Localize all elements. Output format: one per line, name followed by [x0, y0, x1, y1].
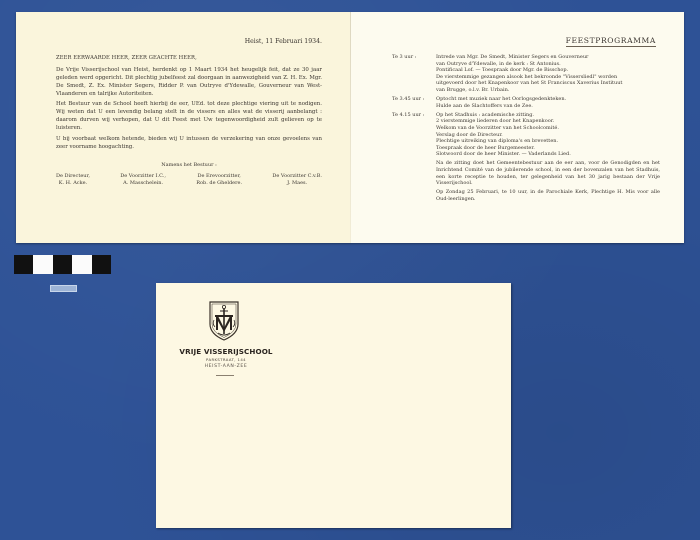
- signatory-name: A. Masschelein.: [120, 180, 166, 188]
- invitation-card: Heist, 11 Februari 1934. ZEER EERWAARDE …: [16, 12, 684, 243]
- program-item: Te 3 uur :Intrede van Mgr. De Smedt, Min…: [392, 54, 660, 94]
- program-line: Optocht met muziek naar het Oorlogsgeden…: [436, 96, 566, 103]
- invitation-letter: Heist, 11 Februari 1934. ZEER EERWAARDE …: [56, 38, 322, 188]
- program-time: Te 3.45 uur :: [392, 96, 436, 109]
- signatory-name: K. H. Acke.: [56, 180, 90, 188]
- letter-paragraph: U bij voorbaat welkom hetende, bieden wi…: [56, 136, 322, 152]
- program-line: Hulde aan de Slachtoffers van de Zee.: [436, 103, 566, 110]
- program-lines: Optocht met muziek naar het Oorlogsgeden…: [436, 96, 566, 109]
- program-line: Toespraak door de heer Burgemeester.: [436, 145, 571, 152]
- program-line: 2 vierstemmige liederen door het Knapenk…: [436, 118, 571, 125]
- school-crest-icon: [207, 300, 241, 342]
- letter-date: Heist, 11 Februari 1934.: [56, 38, 322, 46]
- scale-patch-white: [72, 255, 91, 274]
- program-line: Slotwoord door de heer Minister. — Vader…: [436, 151, 571, 158]
- program-line: Op het Stadhuis : academische zitting.: [436, 112, 571, 119]
- card-fold-line: [350, 12, 351, 243]
- scale-patch-black: [92, 255, 111, 274]
- signatory-name: Rob. de Gheldere.: [196, 180, 242, 188]
- program-line: Plechtige uitreiking van diploma's en br…: [436, 138, 571, 145]
- signatory-role: De Voorzitter I.C.,: [120, 173, 166, 181]
- program-line: van Outryve d'Ydewalle, in de kerk : St …: [436, 61, 622, 68]
- program-line: De vierstemmige gezangen alsook het bekr…: [436, 74, 622, 81]
- program-time: Te 4.15 uur :: [392, 112, 436, 158]
- school-town: HEIST-AAN-ZEE: [176, 364, 276, 369]
- school-name: VRIJE VISSERIJSCHOOL: [176, 347, 276, 356]
- program-line: Pontificaal Lof. — Toespraak door Mgr. d…: [436, 67, 622, 74]
- signatories: De Directeur, K. H. Acke. De Voorzitter …: [56, 173, 322, 188]
- letterhead-rule: [216, 375, 234, 376]
- program-item: Te 3.45 uur :Optocht met muziek naar het…: [392, 96, 660, 109]
- program-closing-paragraph: Na de zitting doet het Gemeentebestuur a…: [436, 160, 660, 186]
- program-item: Te 4.15 uur :Op het Stadhuis : academisc…: [392, 112, 660, 158]
- signatory: De Voorzitter C.v.B. J. Maes.: [272, 173, 322, 188]
- program-line: Welkom van de Voorzitter van het Schoolc…: [436, 125, 571, 132]
- program-title: FEESTPROGRAMMA: [566, 38, 656, 47]
- program-line: Intrede van Mgr. De Smedt, Minister Sege…: [436, 54, 622, 61]
- scale-patch-white: [33, 255, 52, 274]
- signatory-role: De Voorzitter C.v.B.: [272, 173, 322, 181]
- program-lines: Op het Stadhuis : academische zitting.2 …: [436, 112, 571, 158]
- letter-paragraph: Het Bestuur van de School heeft hierbij …: [56, 101, 322, 133]
- program-line: uitgevoerd door het Knapenkoor van het S…: [436, 80, 622, 87]
- letter-salutation: ZEER EERWAARDE HEER, ZEER GEACHTE HEER,: [56, 55, 322, 63]
- signatory-role: De Erevoorzitter,: [196, 173, 242, 181]
- program-items: Te 3 uur :Intrede van Mgr. De Smedt, Min…: [392, 54, 660, 205]
- signatory-role: De Directeur,: [56, 173, 90, 181]
- signatory: De Directeur, K. H. Acke.: [56, 173, 90, 188]
- on-behalf-label: Namens het Bestuur :: [56, 162, 322, 170]
- scale-patch-black: [53, 255, 72, 274]
- scale-patch-black: [14, 255, 33, 274]
- archive-label-tag: [50, 285, 77, 292]
- school-street: PARKSTRAAT, 144: [176, 357, 276, 362]
- envelope: VRIJE VISSERIJSCHOOL PARKSTRAAT, 144 HEI…: [156, 283, 511, 528]
- letter-paragraph: De Vrije Visserijschool van Heist, herde…: [56, 67, 322, 99]
- program-line: Verslag door de Directeur.: [436, 132, 571, 139]
- color-calibration-scale: [14, 255, 111, 274]
- signatory: De Erevoorzitter, Rob. de Gheldere.: [196, 173, 242, 188]
- program-line: van Brugge, o.l.v. Br. Urbain.: [436, 87, 622, 94]
- program-lines: Intrede van Mgr. De Smedt, Minister Sege…: [436, 54, 622, 94]
- program-time: Te 3 uur :: [392, 54, 436, 94]
- signatory: De Voorzitter I.C., A. Masschelein.: [120, 173, 166, 188]
- signatory-name: J. Maes.: [272, 180, 322, 188]
- program-closing-paragraph: Op Zondag 25 Februari, te 10 uur, in de …: [436, 189, 660, 202]
